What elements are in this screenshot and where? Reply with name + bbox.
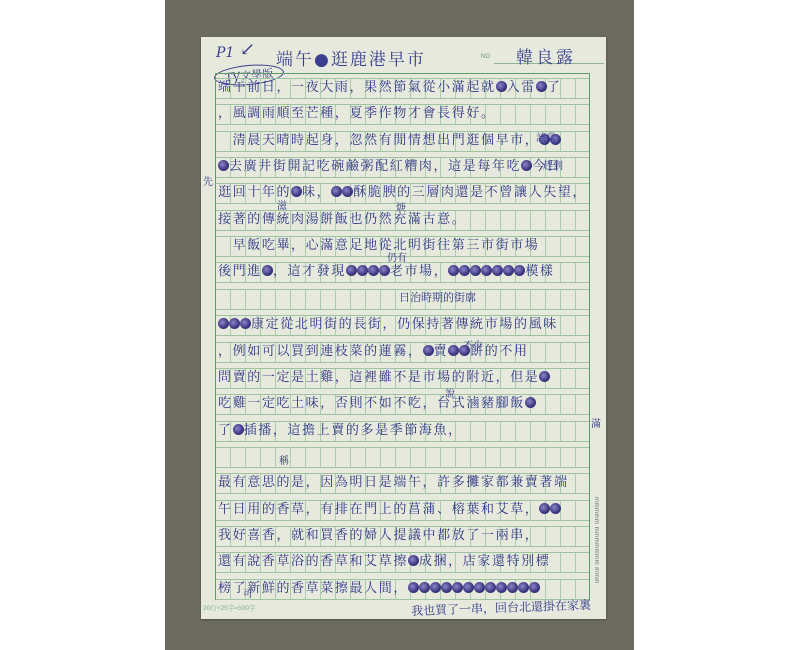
annotation: 滋	[277, 197, 287, 212]
margin-stamp: mmmmm mmmmmmm mmm	[593, 497, 599, 584]
ink-blot-icon	[536, 81, 547, 92]
manuscript-line	[218, 446, 590, 468]
ink-blot-icon	[521, 160, 532, 171]
manuscript-line: 康定從北明街的長街，仍保持著傳統市場的風味	[218, 314, 590, 336]
annotation: 先	[203, 173, 213, 188]
ink-blot-icon	[481, 265, 492, 276]
ink-blot-icon	[539, 371, 550, 382]
ink-blot-icon	[346, 265, 357, 276]
ink-blot-icon	[459, 265, 470, 276]
ink-blot-icon	[496, 582, 507, 593]
ink-blot-icon	[452, 582, 463, 593]
ink-blot-icon	[430, 582, 441, 593]
ink-blot-icon	[529, 582, 540, 593]
ink-blot-icon	[408, 582, 419, 593]
ink-blot-icon	[423, 345, 434, 356]
ink-blot-icon	[368, 265, 379, 276]
annotation: 滿	[591, 415, 601, 430]
ink-blot-icon	[507, 582, 518, 593]
ink-blot-icon	[463, 582, 474, 593]
ink-blot-icon	[539, 503, 550, 514]
ink-blot-icon	[525, 397, 536, 408]
annotation: 該當	[536, 129, 556, 144]
ink-blot-icon	[331, 186, 342, 197]
page-marker: P1	[216, 45, 234, 61]
arrow-mark-icon: ↙	[240, 39, 255, 60]
ink-blot-icon	[262, 265, 273, 276]
ink-blot-icon	[379, 265, 390, 276]
annotation: 仍有	[387, 249, 407, 264]
manuscript-line: 我好喜香，就和買香的婦人提議中都放了一兩串，	[218, 525, 590, 547]
annotation: 說	[445, 385, 455, 400]
manuscript-line: 後門進，這才發現老市場，模樣	[218, 261, 590, 283]
ink-blot-icon	[441, 582, 452, 593]
manuscript-line: 問賣的一定是土雞，這裡雖不是市場的附近，但是	[218, 367, 590, 389]
ink-blot-icon	[419, 582, 430, 593]
manuscript-line: 午日用的香草，有排在門上的菖蒲、榕葉和艾草，	[218, 499, 590, 521]
ink-blot-icon	[470, 265, 481, 276]
annotation: 可	[243, 585, 253, 600]
grid-spec-label: 20行×25字=500字	[203, 603, 255, 612]
ink-blot-icon	[218, 160, 229, 171]
ink-blot-icon	[503, 265, 514, 276]
ink-blot-icon	[357, 265, 368, 276]
ink-blot-icon	[496, 81, 507, 92]
annotation: 不少	[463, 337, 483, 352]
manuscript-line: 吃雞一定吃土味，否則不如不吃，台式滷豬腳飯	[218, 393, 590, 415]
ink-blot-icon	[291, 186, 302, 197]
ink-blot-icon	[514, 265, 525, 276]
ink-blot-icon	[342, 186, 353, 197]
author-name: 韓良露	[516, 43, 576, 68]
manuscript-line: ，風調雨順至芒種，夏季作物才會長得好。	[218, 103, 590, 125]
ink-blot-icon	[408, 555, 419, 566]
annotation: 稱	[279, 452, 289, 467]
annotation: 焿	[396, 199, 406, 214]
ink-blot-icon	[240, 318, 251, 329]
ink-blot-icon	[518, 582, 529, 593]
ink-blot-icon	[448, 265, 459, 276]
ink-blot-icon	[233, 424, 244, 435]
manuscript-line: 最有意思的是，因為明日是端午，許多攤家都兼賣著端	[218, 472, 590, 494]
ink-blot-icon	[218, 318, 229, 329]
manuscript-header: P1 ↙ 端午●逛鹿港早市 NO 韓良露 TV文學版	[216, 37, 591, 73]
ink-blot-icon	[485, 582, 496, 593]
manuscript-page: P1 ↙ 端午●逛鹿港早市 NO 韓良露 TV文學版 端午前日，一夜大雨，果然節…	[201, 37, 606, 619]
ink-blot-icon	[229, 318, 240, 329]
ink-blot-icon	[448, 345, 459, 356]
annotation: 趕到	[543, 157, 563, 172]
manuscript-grid: 端午前日，一夜大雨，果然節氣從小滿起就入雷了，風調雨順至芒種，夏季作物才會長得好…	[215, 73, 590, 600]
annotation: 日治時期的街廓	[399, 289, 476, 305]
manuscript-line: 榜了新鮮的香草菜擦最人間，	[218, 578, 590, 600]
number-label: NO	[481, 54, 490, 60]
ink-blot-icon	[474, 582, 485, 593]
ink-blot-icon	[550, 503, 561, 514]
manuscript-line: 還有說香草浴的香草和艾草擦成捆，店家還特別標	[218, 551, 590, 573]
manuscript-line: 端午前日，一夜大雨，果然節氣從小滿起就入雷了	[218, 77, 590, 99]
manuscript-line: 清晨天晴時起身，忽然有閒情想出門逛個早市，	[218, 130, 590, 152]
ink-blot-icon	[492, 265, 503, 276]
manuscript-line: 去廣井街開記吃碗鹼粥配紅糟肉，這是每年吃今日	[218, 156, 590, 178]
manuscript-line: 了插播，這擔上賣的多是季節海魚，	[218, 420, 590, 442]
manuscript-title: 端午●逛鹿港早市	[276, 45, 426, 70]
manuscript-line: ，例如可以買到連枝菜的蓮霧，賣餅的不用	[218, 341, 590, 363]
